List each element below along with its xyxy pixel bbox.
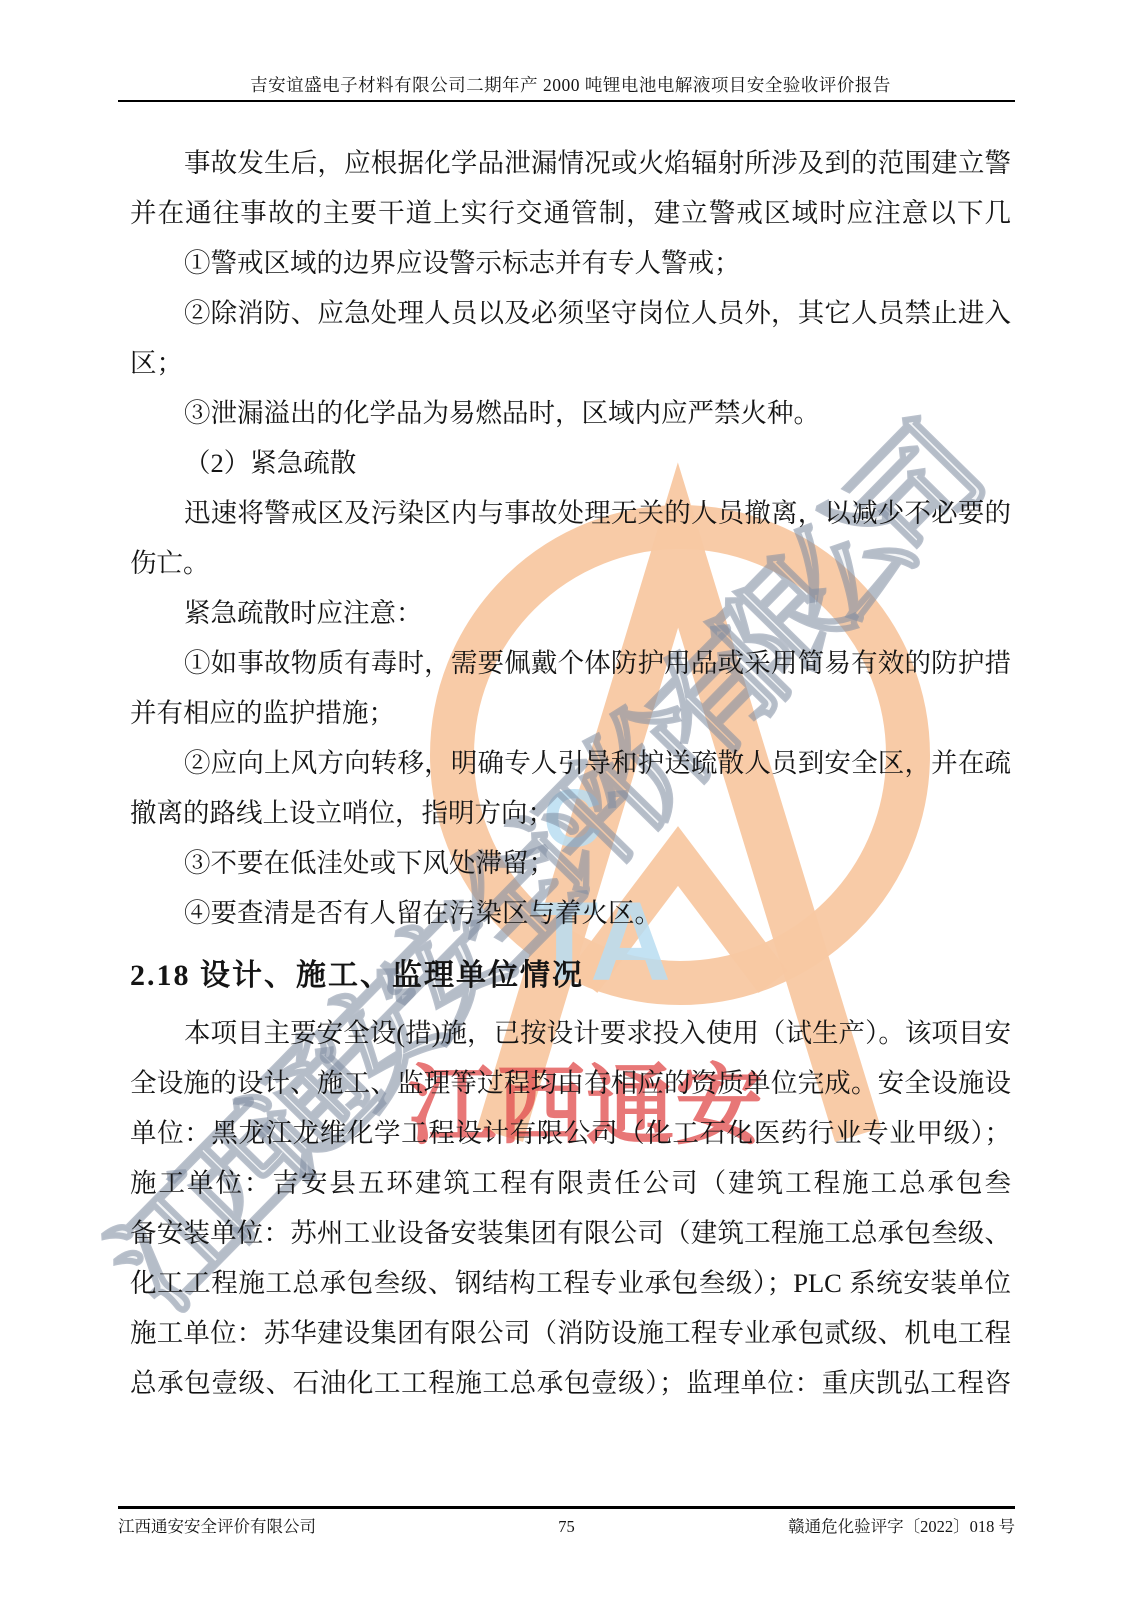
text-line: ②除消防、应急处理人员以及必须坚守岗位人员外，其它人员禁止进入警戒 [130,288,1011,338]
text-line: 备安装单位：苏州工业设备安装集团有限公司（建筑工程施工总承包叁级、石油 [130,1208,1011,1258]
text-line: ②应向上风方向转移，明确专人引导和护送疏散人员到安全区，并在疏散或 [130,738,1011,788]
text-line: 伤亡。 [130,538,1011,588]
page-number: 75 [558,1517,575,1537]
header-rule [118,100,1015,102]
text-line: 单位：黑龙江龙维化学工程设计有限公司（化工石化医药行业专业甲级）；土建 [130,1108,1011,1158]
footer-doc-number: 赣通危化验评字〔2022〕018 号 [575,1513,1015,1537]
text-line: 区； [130,338,1011,388]
text-line: 本项目主要安全设(措)施，已按设计要求投入使用（试生产）。该项目安 [130,1008,1011,1058]
text-line: 迅速将警戒区及污染区内与事故处理无关的人员撤离，以减少不必要的人员 [130,488,1011,538]
text-line: 并在通往事故的主要干道上实行交通管制，建立警戒区域时应注意以下几点： [130,188,1011,238]
text-line: 事故发生后，应根据化学品泄漏情况或火焰辐射所涉及到的范围建立警戒区， [130,138,1011,188]
text-line: 并有相应的监护措施； [130,688,1011,738]
text-line: 施工单位：吉安县五环建筑工程有限责任公司（建筑工程施工总承包叁级）；设 [130,1158,1011,1208]
text-line: ④要查清是否有人留在污染区与着火区。 [130,888,1011,938]
content-layer: 吉安谊盛电子材料有限公司二期年产 2000 吨锂电池电解液项目安全验收评价报告 … [0,0,1131,1600]
text-line: ①如事故物质有毒时，需要佩戴个体防护用品或采用简易有效的防护措施， [130,638,1011,688]
text-line: 化工工程施工总承包叁级、钢结构工程专业承包叁级）；PLC 系统安装单位工程 [130,1258,1011,1308]
body-lines: 事故发生后，应根据化学品泄漏情况或火焰辐射所涉及到的范围建立警戒区，并在通往事故… [130,138,1011,1408]
footer-company: 江西通安安全评价有限公司 [118,1513,558,1537]
text-line: 施工单位：苏华建设集团有限公司（消防设施工程专业承包贰级、机电工程施工 [130,1308,1011,1358]
text-line: ③不要在低洼处或下风处滞留； [130,838,1011,888]
document-page: C TA 江西通安安全评价有限公司 江西通安 吉安谊盛电子材料有限公司二期年产 … [0,0,1131,1600]
footer-rule [118,1506,1015,1509]
text-line: 2.18 设计、施工、监理单位情况 [130,938,1011,1008]
text-line: ①警戒区域的边界应设警示标志并有专人警戒； [130,238,1011,288]
text-line: 全设施的设计、施工、监理等过程均由有相应的资质单位完成。安全设施设计 [130,1058,1011,1108]
header-title: 吉安谊盛电子材料有限公司二期年产 2000 吨锂电池电解液项目安全验收评价报告 [130,72,1011,97]
text-line: （2）紧急疏散 [130,438,1011,488]
text-line: 撤离的路线上设立哨位，指明方向； [130,788,1011,838]
footer: 江西通安安全评价有限公司 75 赣通危化验评字〔2022〕018 号 [118,1513,1015,1537]
text-line: ③泄漏溢出的化学品为易燃品时，区域内应严禁火种。 [130,388,1011,438]
text-line: 总承包壹级、石油化工工程施工总承包壹级）；监理单位：重庆凯弘工程咨询有 [130,1358,1011,1408]
text-line: 紧急疏散时应注意： [130,588,1011,638]
